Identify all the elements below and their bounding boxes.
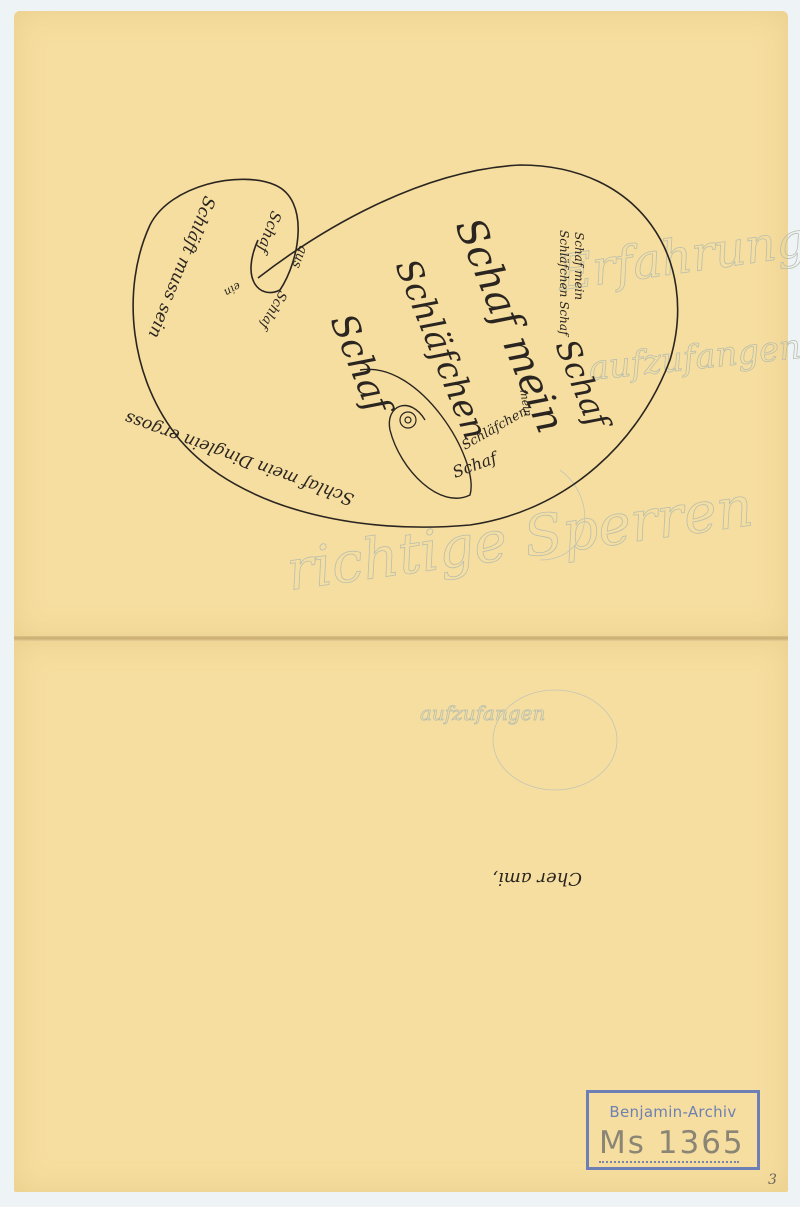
archive-stamp: Benjamin-Archiv Ms 1365 xyxy=(586,1090,760,1170)
loop-word-schaf: Schaf xyxy=(253,209,285,258)
stamp-archive-name: Benjamin-Archiv xyxy=(589,1103,757,1121)
small-schlaefchen-schaf: Schläfchen Schaf xyxy=(557,230,571,338)
page-number: 3 xyxy=(768,1172,777,1188)
loop-word-schlaf: Schlaf xyxy=(255,288,290,333)
outer-text-1: Schläft muss sein xyxy=(144,193,219,341)
small-schaf: Schaf xyxy=(450,447,502,482)
loop-word-ein: ein xyxy=(222,279,243,299)
word-schaf: Schaf xyxy=(322,308,401,424)
outer-loop-line xyxy=(133,165,678,527)
note-cher-ami: Cher ami, xyxy=(492,868,582,889)
figure-poem: Schaf mein Schläfchen Schaf Schaf Schaf … xyxy=(0,0,800,1207)
outer-text-2: Schlaf mein Dinglein ergoss xyxy=(122,407,357,509)
stamp-shelfmark: Ms 1365 xyxy=(599,1125,745,1161)
stamp-dotted-line xyxy=(599,1161,739,1163)
small-schaf-mein: Schaf mein xyxy=(572,232,586,300)
